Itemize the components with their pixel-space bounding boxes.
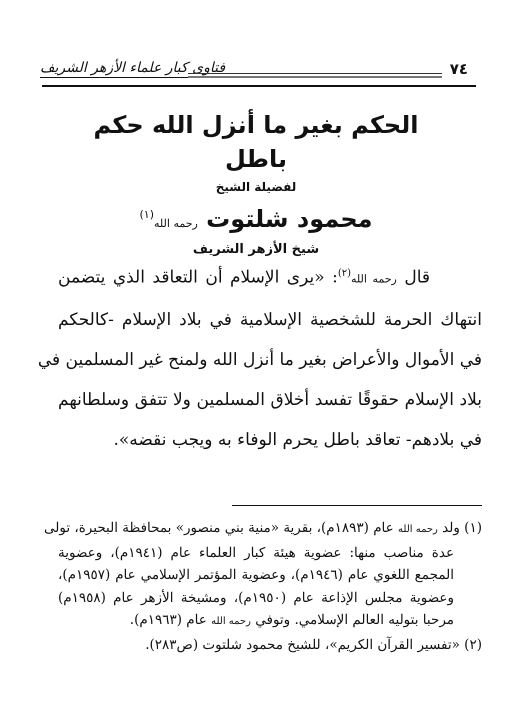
honorific-ligature-icon: رحمه الله bbox=[398, 524, 438, 535]
honorific-ligature-icon: رحمه الله bbox=[351, 273, 397, 286]
running-header: فتاوى كبار علماء الأزهر الشريف ٧٤ bbox=[40, 58, 476, 86]
footnote-1-line: وعضوية مجلس الإذاعة عام (١٩٥٠م)، ومشيخة … bbox=[58, 587, 482, 610]
body-line: قال رحمه الله(٢): «يرى الإسلام أن التعاق… bbox=[58, 254, 482, 300]
footnote-1-line: مرحبا بتوليه العالم الإسلامي. وتوفي رحمه… bbox=[58, 609, 482, 634]
header-rule-shaded bbox=[188, 76, 442, 78]
footnote-1-line: المجمع اللغوي عام (١٩٤٦م)، وعضوية المؤتم… bbox=[58, 564, 482, 587]
header-underline bbox=[42, 85, 476, 87]
footnote-text-segment: عام (١٨٩٣م)، بقرية «منية بني منصور» بمحا… bbox=[44, 520, 394, 536]
footnote-1-line: (١) ولد رحمه الله عام (١٨٩٣م)، بقرية «من… bbox=[58, 517, 482, 542]
honorific-ligature-icon: رحمه الله bbox=[211, 616, 251, 627]
body-text-segment: قال bbox=[404, 268, 430, 288]
body-line: في بلادهم- تعاقد باطل يحرم الوفاء به ويج… bbox=[58, 420, 482, 460]
page-number: ٧٤ bbox=[450, 60, 468, 78]
title-block: الحكم بغير ما أنزل الله حكم باطل لفضيلة … bbox=[60, 108, 452, 259]
body-paragraph: قال رحمه الله(٢): «يرى الإسلام أن التعاق… bbox=[58, 254, 482, 460]
body-line: في الأموال والأعراض بغير ما أنزل الله ول… bbox=[58, 340, 482, 380]
honorific-ligature-icon: رحمه الله bbox=[154, 217, 198, 230]
author-name: محمود شلتوت رحمه الله(١) bbox=[60, 198, 452, 241]
subtitle: لفضيلة الشيخ bbox=[60, 178, 452, 196]
body-line: انتهاك الحرمة للشخصية الإسلامية في بلاد … bbox=[58, 300, 482, 340]
page-title: الحكم بغير ما أنزل الله حكم باطل bbox=[60, 108, 452, 176]
body-text-segment: : «يرى الإسلام أن التعاقد الذي يتضمن bbox=[58, 268, 338, 288]
footnote-separator bbox=[232, 505, 482, 506]
footnotes: (١) ولد رحمه الله عام (١٨٩٣م)، بقرية «من… bbox=[58, 517, 482, 656]
author-text: محمود شلتوت bbox=[206, 205, 372, 233]
footnote-1-line: عدة مناصب منها: عضوية هيئة كبار العلماء … bbox=[58, 542, 482, 565]
footnote-text-segment: مرحبا بتوليه العالم الإسلامي. وتوفي bbox=[255, 612, 454, 628]
footnote-ref: (١) bbox=[139, 208, 154, 221]
footnote-text-segment: عام (١٩٦٣م). bbox=[130, 612, 207, 628]
header-rule bbox=[188, 73, 442, 74]
footnote-text-segment: (١) ولد bbox=[442, 520, 482, 536]
footnote-ref: (٢) bbox=[338, 268, 351, 279]
book-page: فتاوى كبار علماء الأزهر الشريف ٧٤ الحكم … bbox=[0, 0, 512, 726]
footnote-2: (٢) «تفسير القرآن الكريم»، للشيخ محمود ش… bbox=[58, 634, 482, 657]
body-line: بلاد الإسلام حقوقًا تفسد أخلاق المسلمين … bbox=[58, 380, 482, 420]
